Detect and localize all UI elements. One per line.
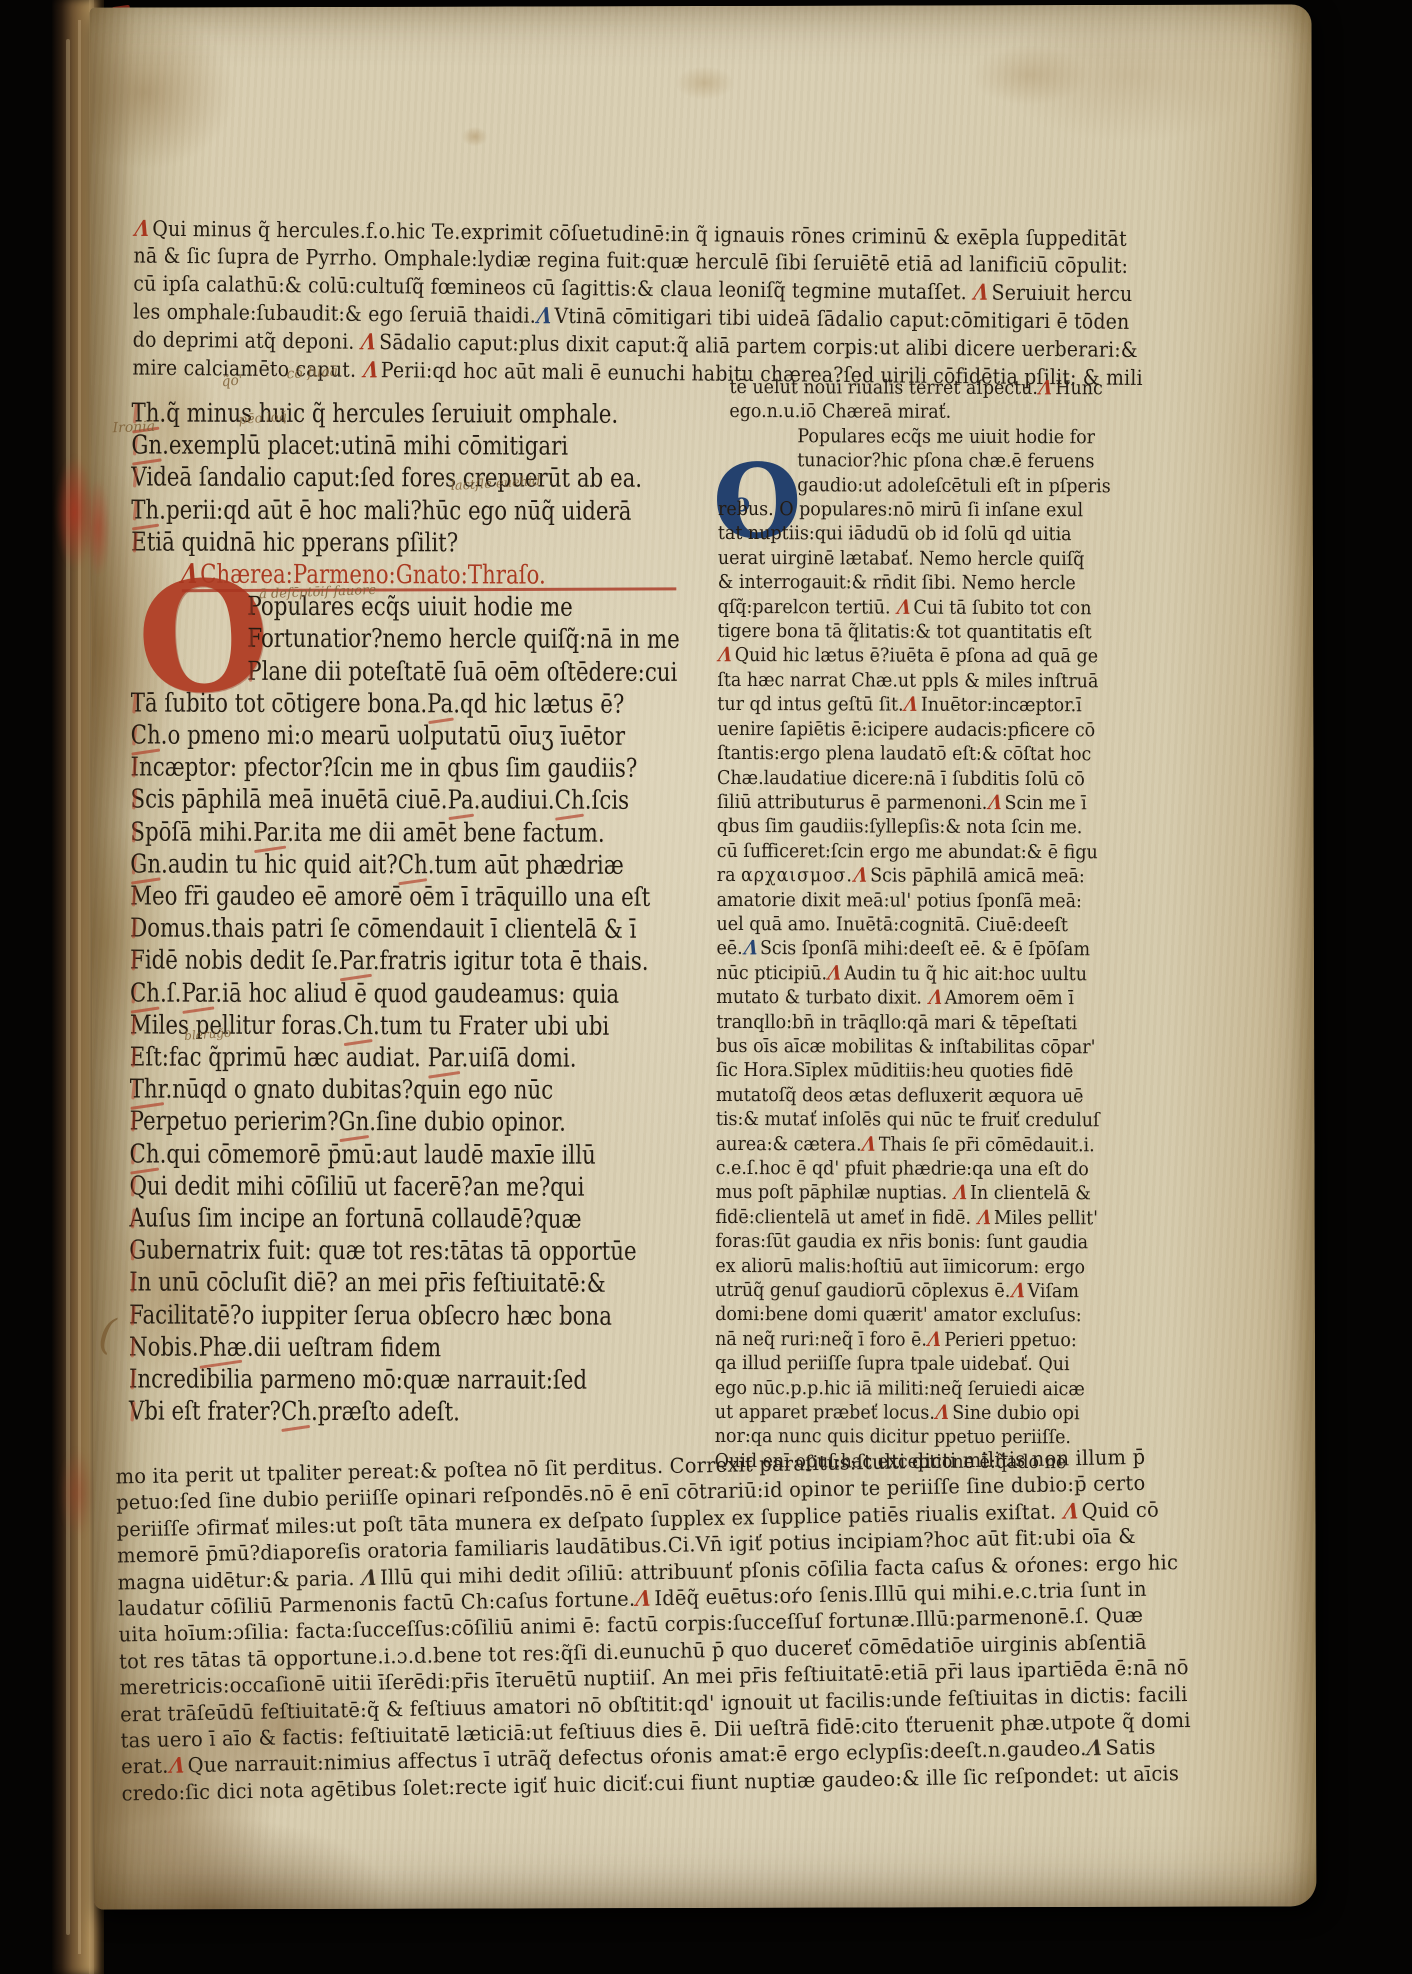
scanned-book-page-photo: ΛQui minus q̃ hercules.f.o.hic Te.exprim… xyxy=(0,0,1412,1974)
text-line: Populares ecq̃s uiuit hodie me xyxy=(131,591,709,625)
text-line: uenire ſapiētis ē:icipere audacis:pficer… xyxy=(717,717,1191,743)
paragraph-mark: Λ xyxy=(859,1131,879,1157)
text-line: Gn.audin tu hic quid ait?Ch.tum aūt phæd… xyxy=(130,848,708,882)
text-segment: qui cōmemorē p̄mū:aut laudē maxīe illū xyxy=(166,1139,596,1170)
text-segment: Audin tu q̃ hic ait:hoc uultu xyxy=(844,962,1087,985)
text-line: qa illud periiſſe ſupra tpale uidebať. Q… xyxy=(715,1351,1189,1377)
speaker-abbreviation: Ch. xyxy=(130,978,167,1008)
text-line: Vbi eſt frater?Ch.præſto adeſt. xyxy=(129,1396,707,1430)
paragraph-mark: Λ xyxy=(924,1327,944,1353)
paragraph-mark: Λ xyxy=(1084,1734,1106,1762)
paragraph-mark: Λ xyxy=(825,960,845,986)
text-segment: Chæ.laudatiue dicere:nā ī ſubditis ſolū … xyxy=(717,766,1085,789)
speaker-abbreviation: Par. xyxy=(181,978,222,1008)
text-line: ſta hæc narrat Chæ.ut ppls & miles inſtr… xyxy=(717,668,1191,694)
scene-heading: ΛChærea:Parmeno:Gnato:Thraſo. xyxy=(131,559,709,593)
text-segment: ſtantis:ergo plena laudatō eſt:& cōſtat … xyxy=(717,742,1091,765)
handwritten-marginal-note: q̃o' xyxy=(221,372,244,390)
paragraph-mark: Λ xyxy=(950,1181,970,1207)
stain xyxy=(675,66,735,100)
text-segment: Quid cō xyxy=(1081,1497,1159,1522)
text-segment: Videā ſandalio caput:ſed fores crepuerūt… xyxy=(131,463,642,494)
speaker-abbreviation: Gn. xyxy=(339,1108,377,1138)
paragraph-mark: Λ xyxy=(850,863,870,889)
text-segment: Spōſā mihi. xyxy=(130,817,253,847)
text-segment: Vtinā cōmitigari tibi uideā ſādalio capu… xyxy=(554,304,1129,334)
text-line: ΛQuid hic lætus ē?iuēta ē pſona ad quā g… xyxy=(717,643,1191,669)
text-segment: Amorem oēm ī xyxy=(945,987,1074,1009)
text-line: tranqllo:bn̄ in trāqllo:qā mari & tēpeſt… xyxy=(716,1010,1190,1036)
text-line: bus oīs aīcæ mobilitas & inſtabilitas cō… xyxy=(716,1034,1190,1060)
speaker-abbreviation: Par. xyxy=(428,1043,469,1073)
text-segment: tum tu Frater ubi ubi xyxy=(380,1011,609,1042)
text-line: Fidē nobis dedit ſe.Par.fratris igitur t… xyxy=(130,945,708,979)
speaker-abbreviation: Ch. xyxy=(131,721,168,751)
text-line: Ch.ſ.Par.iā hoc aliud ē quod gaudeamus: … xyxy=(130,977,708,1011)
text-segment: Cui tā ſubito tot con xyxy=(913,596,1091,619)
speaker-abbreviation: Pa. xyxy=(427,689,460,719)
text-segment: nor:qa nunc quis dicitur ppetuo periiſſe… xyxy=(715,1425,1071,1448)
paragraph-mark: Λ xyxy=(985,790,1005,816)
text-segment: qbus ſim gaudiis:ſyllepſis:& nota ſcin m… xyxy=(717,815,1083,838)
text-line: utrūq̃ genuſ gaudiorū cōplexus ē.ΛViſam xyxy=(715,1278,1189,1304)
text-segment: tis:& mutať inſolēs qui nūc te fruiť cre… xyxy=(716,1108,1100,1131)
text-line: Th.perii:qd aūt ē hoc mali?hūc ego nūq̃ … xyxy=(131,494,709,528)
text-line: nā neq̃ ruri:neq̃ ī foro ē.ΛPerieri ppet… xyxy=(715,1327,1189,1353)
text-segment: ſ. xyxy=(167,978,182,1008)
text-segment: ego nūc.p.p.hic iā militi:neq̃ ſeruiedi … xyxy=(715,1377,1085,1400)
text-segment: ſine dubio opinor. xyxy=(376,1108,566,1138)
text-segment: aurea:& cætera. xyxy=(716,1133,862,1156)
text-line: Thr.nūqd o gnato dubitas?quin ego nūc xyxy=(130,1074,708,1108)
text-line: Fortunatior?nemo hercle quiſq̃:nā in me xyxy=(131,623,709,657)
text-line: Eſt:fac q̃primū hæc audiat. Par.uiſā dom… xyxy=(130,1042,708,1076)
text-line: fidē:clientelā ut ameť in fidē. ΛMiles p… xyxy=(715,1205,1189,1231)
text-segment: domi:bene domi quærit' amator excluſus: xyxy=(715,1303,1081,1326)
text-line: foras:ſūt gaudia ex nr̄is bonis: ſunt ga… xyxy=(715,1229,1189,1255)
text-segment: Scis pāphilā meā inuētā ciuē. xyxy=(130,785,447,816)
paragraph-mark: Λ xyxy=(740,936,760,962)
paragraph-mark: Λ xyxy=(358,327,380,355)
page-edge xyxy=(78,20,81,1955)
text-segment: q̃ minus huic q̃ hercules ſeruiuit ompha… xyxy=(166,399,618,430)
text-segment: In unū cōcluſit diē? an mei pr̄is feſtiu… xyxy=(129,1268,606,1299)
text-segment: Etiā quidnā hic pperans pſilit? xyxy=(131,527,458,558)
speaker-abbreviation: Ch. xyxy=(281,1397,318,1427)
text-segment: Vbi eſt frater? xyxy=(129,1397,281,1427)
paragraph-mark: Λ xyxy=(533,301,555,329)
text-segment: o pmeno mi:o mearū uolputatū oīuʒ īuētor xyxy=(167,721,625,752)
text-line: amatorie dixit meā:ul' potius ſponſā meā… xyxy=(717,887,1191,913)
text-line: Etiā quidnā hic pperans pſilit? xyxy=(131,526,709,560)
text-segment: ita me dii amēt bene factum. xyxy=(294,818,605,849)
text-line: Spōſā mihi.Par.ita me dii amēt bene fact… xyxy=(130,816,708,850)
paragraph-mark: Λ xyxy=(1060,1497,1082,1525)
text-segment: ſcis xyxy=(591,786,629,816)
text-segment: Perpetuo perierim? xyxy=(130,1107,339,1138)
text-segment: Gubernatrix fuit: quæ tot res:tātas tā o… xyxy=(129,1236,636,1267)
text-line: ego.n.u.iō Chæreā mirať. xyxy=(718,399,1192,425)
text-segment: Thais ſe pr̄i cōmēdauit.i. xyxy=(879,1133,1095,1156)
text-segment: gaudio:ut adoleſcētuli eſt in pſperis xyxy=(797,474,1111,497)
paragraph-mark: Λ xyxy=(177,558,202,592)
text-line: Incæptor: pfector?ſcin me in qbus ſim ga… xyxy=(131,752,709,786)
text-line: mutatoſq̃ deos ætas defluxerit æquora uē xyxy=(716,1083,1190,1109)
text-line: c.e.ſ.hoc ē qd' pfuit phædrie:qa una eſt… xyxy=(716,1156,1190,1182)
parchment-leaf: ΛQui minus q̃ hercules.f.o.hic Te.exprim… xyxy=(90,4,1317,1909)
text-segment: cū ſufficeret:ſcin ergo me abundat:& ē f… xyxy=(717,840,1098,863)
text-segment: Tā ſubito tot cōtigere bona. xyxy=(131,688,428,719)
text-segment: Miles pellit' xyxy=(994,1207,1098,1229)
text-line: Scis pāphilā meā inuētā ciuē.Pa.audiui.C… xyxy=(130,784,708,818)
text-segment: tranqllo:bn̄ in trāqllo:qā mari & tēpeſt… xyxy=(716,1011,1077,1034)
text-line: tunacior?hic pſona chæ.ē feruens xyxy=(718,448,1192,474)
paragraph-mark: Λ xyxy=(1036,375,1056,401)
paragraph-mark: Λ xyxy=(974,1205,994,1231)
text-segment: Scis pāphilā amicā meā: xyxy=(870,865,1085,888)
text-segment: eē. xyxy=(716,937,742,959)
text-line: aurea:& cætera.ΛThais ſe pr̄i cōmēdauit.… xyxy=(716,1132,1190,1158)
paragraph-mark: Λ xyxy=(932,1400,952,1426)
text-line: mus poſt pāphilæ nuptias. ΛIn clientelā … xyxy=(716,1180,1190,1206)
text-line: tē uelut noui riualis terret aſpectu.ΛHu… xyxy=(718,375,1192,401)
text-segment: Inuētor:incæptor.ī xyxy=(921,694,1082,717)
main-text-column: Th.q̃ minus huic q̃ hercules ſeruiuit om… xyxy=(129,397,710,1429)
text-line: ſiliū attributurus ē parmenoni.ΛScin me … xyxy=(717,790,1191,816)
text-segment: Quid hic lætus ē?iuēta ē pſona ad quā ge xyxy=(735,644,1098,667)
paragraph-mark: Λ xyxy=(1008,1278,1028,1304)
text-line: uel quā amo. Inuētā:cognitā. Ciuē:deeſt xyxy=(717,912,1191,938)
text-segment: Scis ſponſā mihi:deeſt eē. & ē ſpōſam xyxy=(760,937,1090,960)
paragraph-mark: Λ xyxy=(894,595,914,621)
text-segment: Domus.thais patri ſe cōmendauit ī client… xyxy=(130,914,636,945)
text-line: ego nūc.p.p.hic iā militi:neq̃ ſeruiedi … xyxy=(715,1376,1189,1402)
text-line: Tā ſubito tot cōtigere bona.Pa.qd hic læ… xyxy=(131,687,709,721)
text-segment: audin tu hic quid ait? xyxy=(168,849,398,880)
text-line: Th.q̃ minus huic q̃ hercules ſeruiuit om… xyxy=(131,397,709,431)
text-segment: qa illud periiſſe ſupra tpale uidebať. Q… xyxy=(715,1352,1070,1375)
text-segment: tat nuptiis:qui iādudū ob id ſolū qd uit… xyxy=(718,522,1072,545)
text-line: Ch.qui cōmemorē p̄mū:aut laudē maxīe ill… xyxy=(130,1138,708,1172)
text-segment: mutatoſq̃ deos ætas defluxerit æquora uē xyxy=(716,1084,1084,1107)
handwritten-marginal-note: cō fuaā xyxy=(286,364,338,383)
text-segment: utrūq̃ genuſ gaudiorū cōplexus ē. xyxy=(715,1279,1010,1302)
text-segment: Viſam xyxy=(1028,1280,1079,1302)
speaker-abbreviation: Ch. xyxy=(398,850,435,880)
text-segment: Sine dubio opi xyxy=(952,1402,1079,1424)
text-segment: tur qd intus geſtū ſit. xyxy=(717,693,903,716)
speaker-abbreviation: Ch. xyxy=(555,786,592,816)
text-segment: mus poſt pāphilæ nuptias. xyxy=(716,1181,953,1204)
text-segment: nūqd o gnato dubitas?quin ego nūc xyxy=(172,1075,553,1106)
stain xyxy=(970,45,1090,105)
text-segment: ex aliorū malis:hoſtiū aut īimicorum: er… xyxy=(715,1255,1085,1278)
text-line: Perpetuo perierim?Gn.ſine dubio opinor. xyxy=(130,1106,708,1140)
text-line: eē.ΛScis ſponſā mihi:deeſt eē. & ē ſpōſa… xyxy=(716,936,1190,962)
text-segment: Satis xyxy=(1105,1735,1155,1760)
text-line: domi:bene domi quærit' amator excluſus: xyxy=(715,1302,1189,1328)
paragraph-mark: Λ xyxy=(970,278,992,306)
text-segment: Miles pellitur foras. xyxy=(130,1010,343,1041)
text-segment: Scin me ī xyxy=(1005,792,1087,814)
text-segment: tunacior?hic pſona chæ.ē feruens xyxy=(797,449,1094,472)
text-segment: tum aūt phædriæ xyxy=(435,850,624,880)
paragraph-mark: Λ xyxy=(715,643,735,669)
page-edge xyxy=(66,39,70,1934)
paragraph-mark: Λ xyxy=(901,692,921,718)
text-segment: iā hoc aliud ē quod gaudeamus: quia xyxy=(222,978,619,1009)
text-line: tur qd intus geſtū ſit.ΛInuētor:incæptor… xyxy=(717,692,1191,718)
text-line: nūc pticipiū.ΛAudin tu q̃ hic ait:hoc uu… xyxy=(716,961,1190,987)
text-line: Facilitatē?o iuppiter ſerua obſecro hæc … xyxy=(129,1299,707,1333)
text-line: cū ſufficeret:ſcin ergo me abundat:& ē f… xyxy=(717,839,1191,865)
text-segment: uenire ſapiētis ē:icipere audacis:pficer… xyxy=(717,718,1095,741)
text-segment: & interrogauit:& rn̄dit ſibi. Nemo hercl… xyxy=(718,571,1076,594)
speaker-abbreviation: Phæ. xyxy=(199,1333,254,1363)
stain xyxy=(462,127,488,147)
text-segment: Incredibilia parmeno mō:quæ narrauit:ſed xyxy=(129,1365,587,1396)
text-line: & interrogauit:& rn̄dit ſibi. Nemo hercl… xyxy=(718,570,1192,596)
text-line: Plane dii poteſtatē ſuā oēm oſtēdere:cui xyxy=(131,655,709,689)
text-segment: bus oīs aīcæ mobilitas & inſtabilitas cō… xyxy=(716,1035,1095,1058)
paragraph-mark: Λ xyxy=(131,214,153,242)
text-segment: Fidē nobis dedit ſe. xyxy=(130,946,339,977)
text-line: ex aliorū malis:hoſtiū aut īimicorum: er… xyxy=(715,1254,1189,1280)
text-line: Ch.o pmeno mi:o mearū uolputatū oīuʒ īuē… xyxy=(131,720,709,754)
speaker-abbreviation: Th. xyxy=(131,495,166,525)
text-segment: magna uidētur:& paria. xyxy=(117,1565,361,1594)
text-line: ſic Hora.Sīplex mūditiis:heu quoties fid… xyxy=(716,1058,1190,1084)
speaker-abbreviation: Pa. xyxy=(448,786,481,816)
text-segment: uiſā domi. xyxy=(468,1043,576,1073)
text-segment: Hunc xyxy=(1055,377,1103,399)
text-line: gaudio:ut adoleſcētuli eſt in pſperis xyxy=(718,473,1192,499)
handwritten-marginal-note: ( xyxy=(97,1309,118,1359)
text-segment: Plane dii poteſtatē ſuā oēm oſtēdere:cui xyxy=(247,656,677,687)
text-segment: qd hic lætus ē? xyxy=(460,689,624,719)
text-segment: les omphale:ſubaudit:& ego ſeruiā thaidi… xyxy=(133,299,536,327)
text-segment: c.e.ſ.hoc ē qd' pfuit phædrie:qa una eſt… xyxy=(716,1157,1089,1180)
paragraph-mark: Λ xyxy=(925,985,945,1011)
text-line: In unū cōcluſit diē? an mei pr̄is feſtiu… xyxy=(129,1267,707,1301)
text-segment: αρχαισμοσ. xyxy=(741,864,853,886)
text-segment: mutato & turbato dixit. xyxy=(716,986,927,1009)
text-segment: In clientelā & xyxy=(970,1182,1091,1204)
text-segment: Facilitatē?o iuppiter ſerua obſecro hæc … xyxy=(129,1300,612,1331)
text-segment: uerat uirginē lætabať. Nemo hercle quiſq… xyxy=(718,547,1085,570)
speaker-abbreviation: Thr. xyxy=(130,1075,173,1105)
text-line: qſq̃:parelcon tertiū. ΛCui tā ſubito tot… xyxy=(718,595,1192,621)
text-segment: Eſt:fac q̃primū hæc audiat. xyxy=(130,1043,428,1074)
text-segment: fidē:clientelā ut ameť in fidē. xyxy=(715,1206,976,1229)
text-segment: rebus. O populares:nō mirū ſi inſane exu… xyxy=(718,498,1083,521)
speaker-abbreviation: Ch. xyxy=(130,1139,167,1169)
text-segment: uel quā amo. Inuētā:cognitā. Ciuē:deeſt xyxy=(717,913,1068,936)
text-line: tis:& mutať inſolēs qui nūc te fruiť cre… xyxy=(716,1107,1190,1133)
text-line: tat nuptiis:qui iādudū ob id ſolū qd uit… xyxy=(718,521,1192,547)
text-segment: fratris igitur tota ē thais. xyxy=(380,947,649,978)
handwritten-marginal-note: Ironiā xyxy=(112,419,155,437)
red-ink-stain xyxy=(55,455,95,570)
text-segment: Incæptor: pfector?ſcin me in qbus ſim ga… xyxy=(131,753,638,784)
text-segment: do deprimi atq̃ deponi. xyxy=(133,327,361,353)
text-segment: tē uelut noui riualis terret aſpectu. xyxy=(729,376,1038,399)
text-line: Auſus ſim incipe an fortunā collaudē?quæ xyxy=(129,1203,707,1237)
text-segment: perii:qd aūt ē hoc mali?hūc ego nūq̃ uid… xyxy=(166,495,632,526)
text-line: qbus ſim gaudiis:ſyllepſis:& nota ſcin m… xyxy=(717,814,1191,840)
text-line: uerat uirginē lætabať. Nemo hercle quiſq… xyxy=(718,546,1192,572)
text-line: Videā ſandalio caput:ſed fores crepuerūt… xyxy=(131,462,709,496)
text-line: ſtantis:ergo plena laudatō eſt:& cōſtat … xyxy=(717,741,1191,767)
text-line: Chæ.laudatiue dicere:nā ī ſubditis ſolū … xyxy=(717,765,1191,791)
text-line: tigere bona tā q̃litatis:& tot quantitat… xyxy=(718,619,1192,645)
text-segment: exemplū placet:utinā mihi cōmitigari xyxy=(169,431,568,462)
text-segment: erat. xyxy=(121,1754,169,1779)
speaker-abbreviation: Par. xyxy=(339,946,380,976)
text-segment: ut apparet præbeť locus. xyxy=(715,1401,935,1424)
speaker-abbreviation: Par. xyxy=(253,817,294,847)
text-line: Gn.exemplū placet:utinā mihi cōmitigari xyxy=(131,430,709,464)
paragraph-mark: Λ xyxy=(166,1752,188,1780)
red-ink-stain xyxy=(60,1448,94,1538)
text-segment: amatorie dixit meā:ul' potius ſponſā meā… xyxy=(717,888,1082,911)
text-segment: audiui. xyxy=(480,786,554,816)
text-segment: ſta hæc narrat Chæ.ut ppls & miles inſtr… xyxy=(717,669,1098,692)
commentary-column: tē uelut noui riualis terret aſpectu.ΛHu… xyxy=(715,375,1193,1475)
text-line: ut apparet præbeť locus.ΛSine dubio opi xyxy=(715,1400,1189,1426)
text-line: Populares ecq̃s me uiuit hodie for xyxy=(718,424,1192,450)
paragraph-mark: Λ xyxy=(358,1563,380,1591)
text-segment: ego.n.u.iō Chæreā mirať. xyxy=(729,400,951,423)
text-segment: Meo fr̄i gaudeo eē amorē oēm ī trāquillo… xyxy=(130,882,650,913)
text-segment: Populares ecq̃s me uiuit hodie for xyxy=(797,425,1095,448)
text-line: Gubernatrix fuit: quæ tot res:tātas tā o… xyxy=(129,1235,707,1269)
text-line: Incredibilia parmeno mō:quæ narrauit:ſed xyxy=(129,1364,707,1398)
text-segment: qſq̃:parelcon tertiū. xyxy=(718,596,897,619)
text-segment: tigere bona tā q̃litatis:& tot quantitat… xyxy=(718,620,1092,643)
text-segment: nā neq̃ ruri:neq̃ ī foro ē. xyxy=(715,1328,927,1351)
text-segment: Auſus ſim incipe an fortunā collaudē?quæ xyxy=(129,1204,581,1235)
text-segment: Fortunatior?nemo hercle quiſq̃:nā in me xyxy=(247,624,679,655)
paragraph-mark: Λ xyxy=(633,1585,655,1613)
text-line: Nobis.Phæ.dii ueſtram fidem xyxy=(129,1331,707,1365)
speaker-abbreviation: Gn. xyxy=(130,849,168,879)
text-line: Qui dedit mihi cōſiliū ut facerē?an me?q… xyxy=(129,1170,707,1204)
text-segment: nūc pticipiū. xyxy=(716,962,827,984)
text-line: rebus. O populares:nō mirū ſi inſane exu… xyxy=(718,497,1192,523)
text-segment: dii ueſtram fidem xyxy=(254,1333,442,1363)
text-line: ra αρχαισμοσ.ΛScis pāphilā amicā meā: xyxy=(717,863,1191,889)
text-segment: Nobis. xyxy=(129,1332,199,1362)
text-segment: ſiliū attributurus ē parmenoni. xyxy=(717,791,987,814)
marginalia-layer: q̃o'cō fuaāIroniāpēo loq̃lactſlē euehidā… xyxy=(90,4,1312,7)
speaker-abbreviation: Ch. xyxy=(343,1011,380,1041)
text-segment: Perieri ppetuo: xyxy=(944,1329,1077,1351)
text-segment: ſic Hora.Sīplex mūditiis:heu quoties fid… xyxy=(716,1059,1073,1082)
text-line: Domus.thais patri ſe cōmendauit ī client… xyxy=(130,913,708,947)
text-segment: foras:ſūt gaudia ex nr̄is bonis: ſunt ga… xyxy=(715,1230,1088,1253)
text-segment: Seruiuit hercu xyxy=(991,280,1132,305)
bottom-commentary-block: mo ita perit ut tpaliter pereat:& poſtea… xyxy=(115,1441,1309,1807)
text-segment: ra xyxy=(717,864,741,886)
text-line: mutato & turbato dixit. ΛAmorem oēm ī xyxy=(716,985,1190,1011)
text-segment: Qui dedit mihi cōſiliū ut facerē?an me?q… xyxy=(129,1171,584,1202)
text-line: Meo fr̄i gaudeo eē amorē oēm ī trāquillo… xyxy=(130,881,708,915)
text-segment: præſto adeſt. xyxy=(318,1397,460,1427)
